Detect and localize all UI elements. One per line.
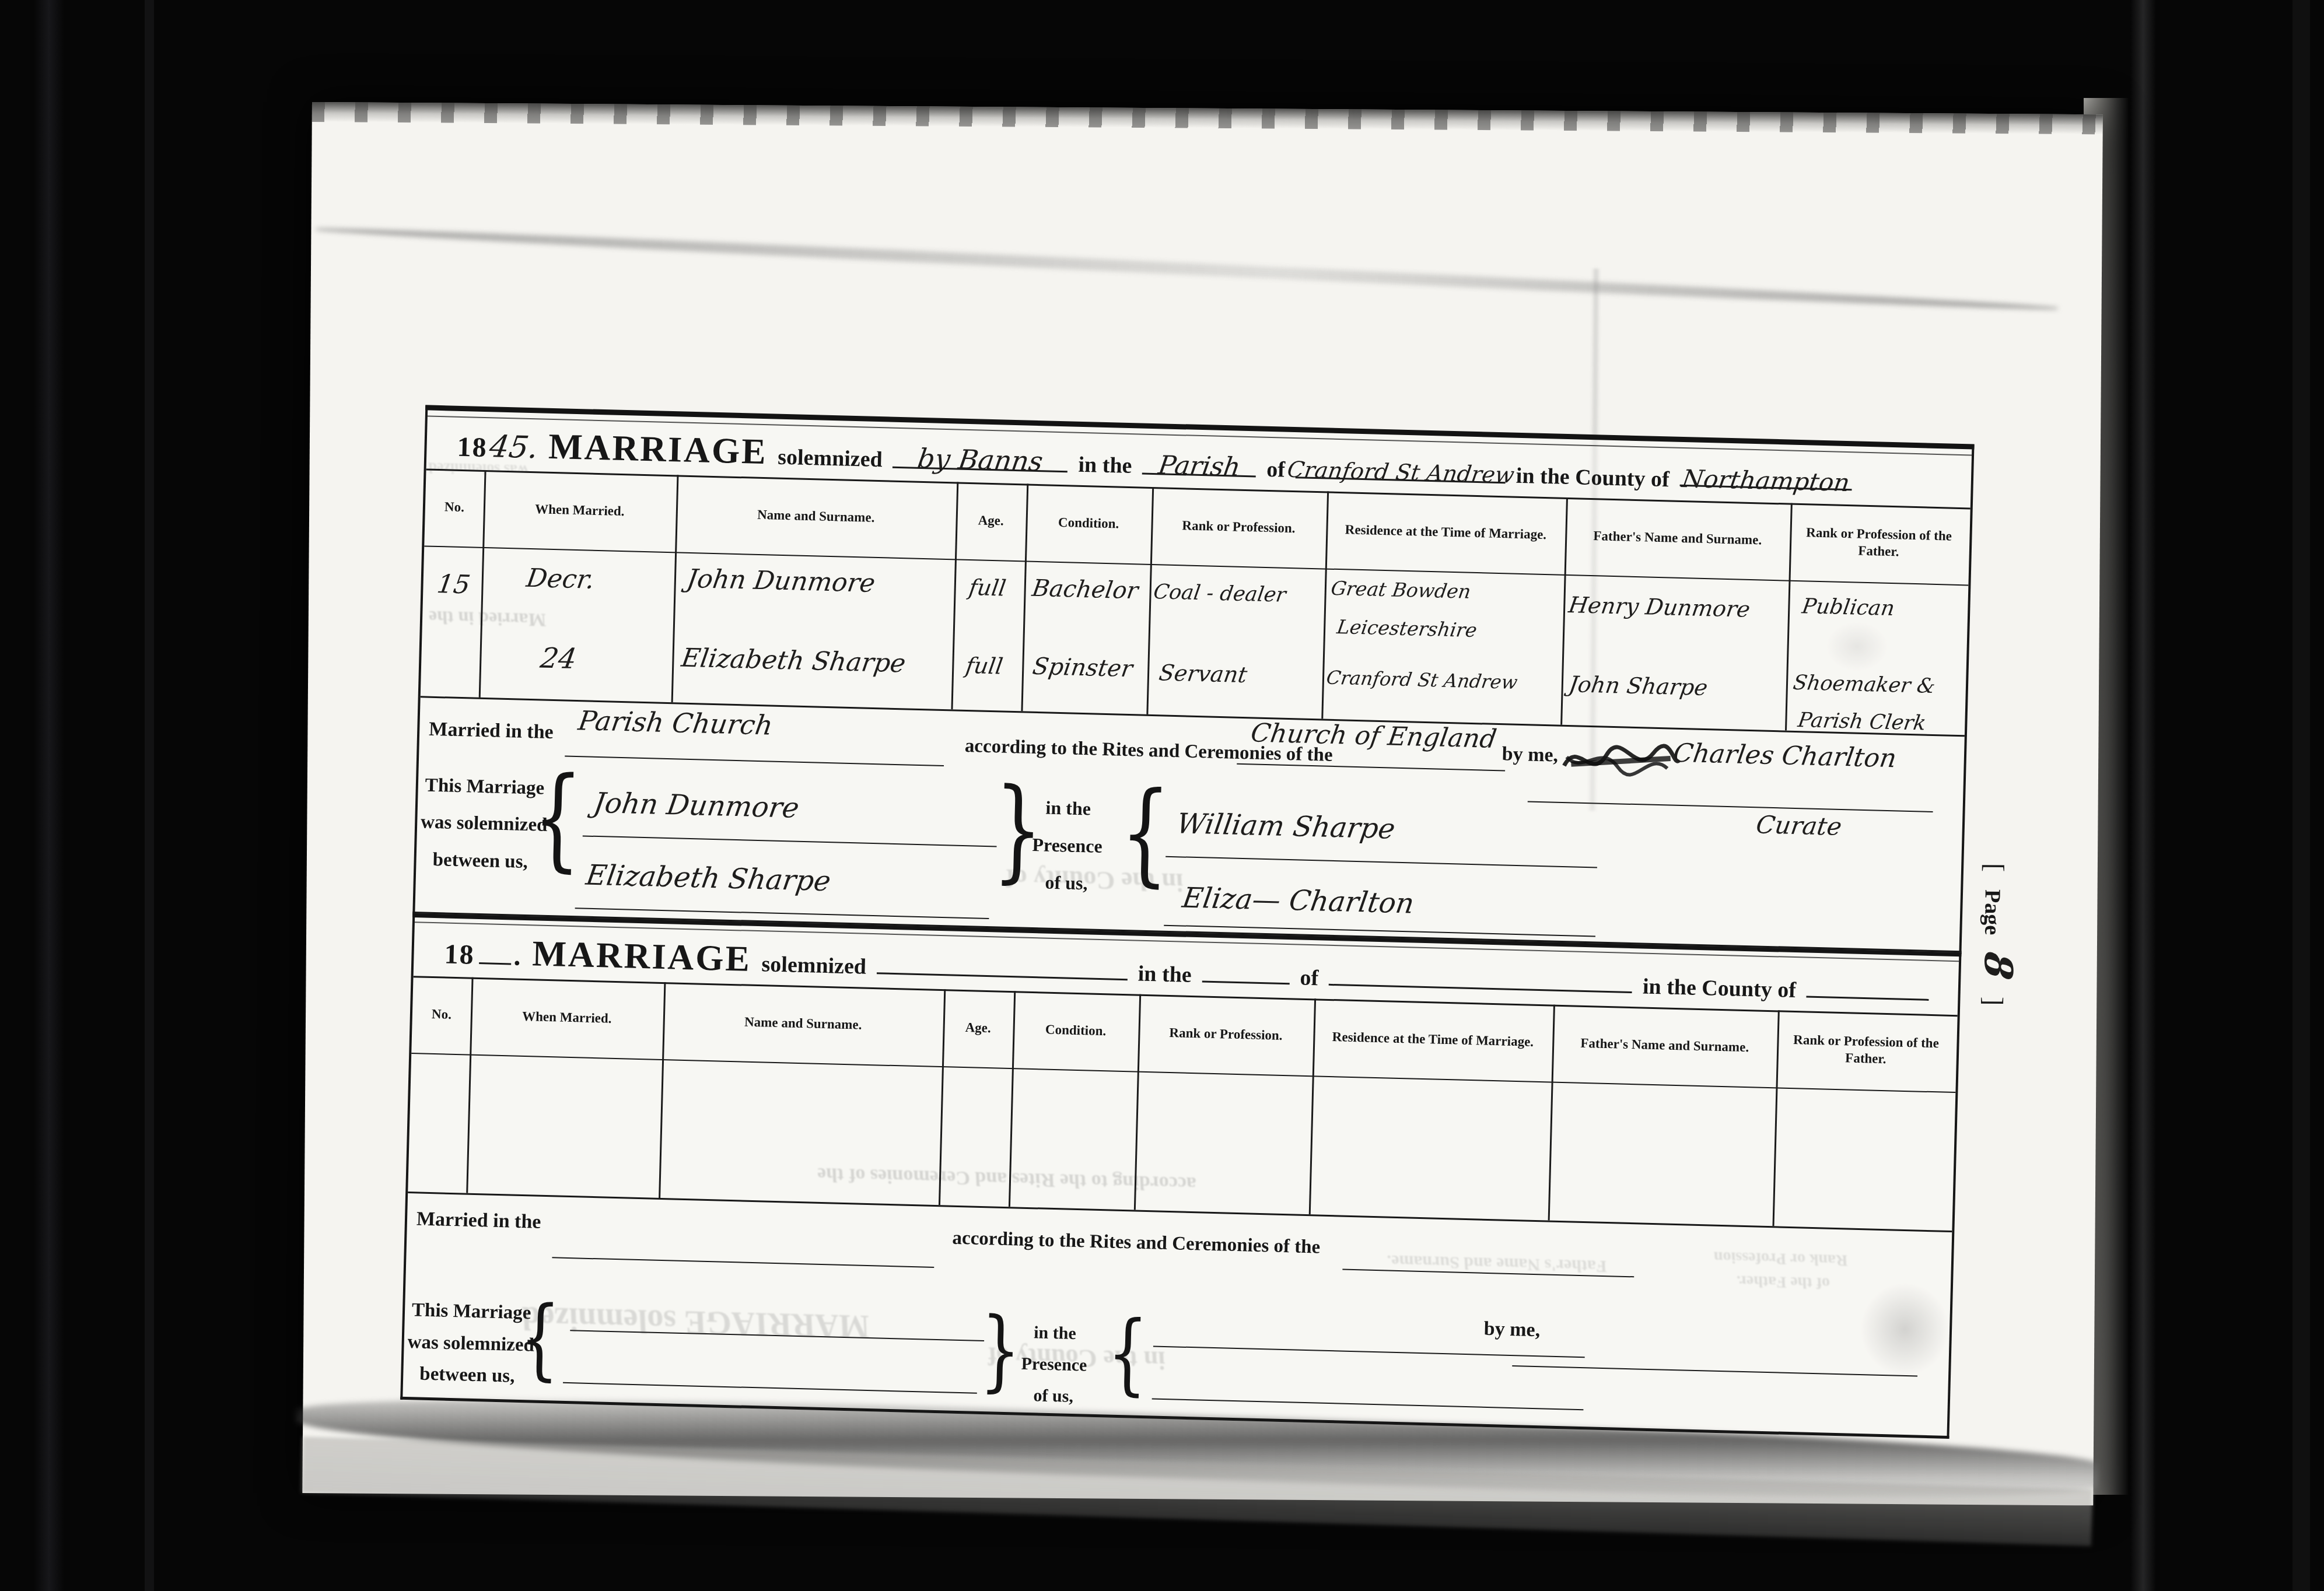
column-header-residence: Residence at the Time of Marriage. (1325, 492, 1566, 573)
column-header-father-profession: Rank or Profession of the Father. (1789, 503, 1969, 584)
parish-name-field (1329, 957, 1633, 993)
presence-line1: in the (1024, 797, 1112, 821)
ceremony-type-field (877, 945, 1128, 980)
brace-open: { (531, 762, 583, 874)
ruled-line (563, 1382, 977, 1394)
bride-condition: Spinster (1031, 653, 1135, 682)
bleedthrough-text: Rank or Profession (1713, 1247, 1848, 1270)
torn-paper-edge (312, 102, 2103, 134)
column-header-condition: Condition. (1025, 483, 1152, 562)
officiant-signature: Charles Charlton (1671, 738, 1898, 773)
parish-name-field: Cranford St Andrew (1296, 450, 1506, 483)
register-forms: 18 45. MARRIAGE solemnized by Banns in t… (400, 405, 1974, 1434)
by-me-label: by me, (1501, 743, 1558, 766)
scan-streak (145, 0, 154, 1591)
married-in-label: Married in the (416, 1208, 541, 1233)
ruled-line (1152, 1398, 1584, 1410)
bride-age: full (950, 652, 1018, 679)
ruled-line (552, 1257, 934, 1268)
by-me-label: by me, (1483, 1318, 1540, 1341)
bleedthrough-text: Married in the (428, 607, 546, 631)
column-header-condition: Condition. (1012, 991, 1139, 1070)
marriage-form-1845: 18 45. MARRIAGE solemnized by Banns in t… (412, 405, 1974, 954)
column-header-name: Name and Surname. (675, 475, 957, 558)
scan-streak (2292, 0, 2310, 1591)
ruled-line (583, 835, 997, 847)
bride-father-profession-line2: Parish Clerk (1796, 709, 1927, 735)
ceremony-type-value: by Banns (916, 443, 1045, 477)
column-header-residence: Residence at the Time of Marriage. (1312, 998, 1553, 1080)
ruled-line (1528, 801, 1933, 812)
column-header-name: Name and Surname. (662, 982, 944, 1065)
groom-name: John Dunmore (685, 564, 877, 598)
document-page: [ Page 8 ] 18 45. MARRIAGE solemnized by… (302, 102, 2103, 1505)
groom-father-name: Henry Dunmore (1567, 592, 1752, 622)
entry-month: Decr. (500, 563, 621, 595)
column-header-father-profession: Rank or Profession of the Father. (1776, 1010, 1956, 1091)
scan-streak (2130, 0, 2156, 1591)
page-label: Page (1979, 889, 2006, 935)
column-header-no: No. (411, 976, 471, 1053)
parish-name-value: Cranford St Andrew (1285, 457, 1515, 488)
entry-number: 15 (426, 569, 482, 600)
groom-signature: John Dunmore (591, 787, 801, 825)
county-field (1807, 969, 1930, 1001)
ruled-line (1153, 1345, 1585, 1358)
ruled-line (575, 907, 989, 919)
crossed-out-signature (1559, 734, 1682, 789)
period: . (513, 940, 522, 972)
place-kind-field: Parish (1142, 446, 1256, 478)
year-printed: 18 (444, 938, 475, 970)
title-in-the: in the (1078, 452, 1132, 479)
groom-residence-line1: Great Bowden (1329, 577, 1472, 603)
title-in-the: in the (1137, 961, 1192, 988)
rites-label: according to the Rites and Ceremonies of… (952, 1228, 1321, 1259)
bleedthrough-text: was solemnized (428, 459, 528, 479)
bracket-glyph: ] (1978, 997, 2009, 1006)
bleedthrough-text: in the County of (1005, 863, 1184, 898)
bracket-glyph: [ (1979, 863, 2010, 872)
county-field: Northampton (1679, 458, 1852, 490)
groom-father-profession: Publican (1800, 594, 1896, 621)
presence-line2: Presence (1023, 834, 1111, 858)
groom-age: full (954, 574, 1021, 602)
this-marriage-line1: This Marriage (425, 775, 544, 800)
title-marriage: MARRIAGE (548, 426, 768, 473)
title-county-of: in the County of (1643, 973, 1797, 1003)
ceremony-type-field: by Banns (892, 440, 1068, 473)
groom-condition: Bachelor (1030, 575, 1140, 604)
bride-father-name: John Sharpe (1567, 671, 1710, 700)
groom-profession: Coal - dealer (1152, 580, 1287, 607)
column-header-profession: Rank or Profession. (1150, 487, 1327, 567)
ruled-line (565, 756, 944, 766)
this-marriage-line3: between us, (432, 849, 528, 873)
title-solemnized: solemnized (778, 444, 883, 473)
entry-day: 24 (506, 641, 610, 676)
title-solemnized: solemnized (761, 951, 866, 980)
this-marriage-line2: was solemnized (407, 1331, 534, 1356)
scan-streak (34, 0, 64, 1591)
bride-signature: Elizabeth Sharpe (584, 859, 833, 898)
this-marriage-line3: between us, (419, 1364, 515, 1387)
title-of: of (1266, 457, 1286, 483)
married-in-label: Married in the (429, 719, 554, 744)
place-kind-value: Parish (1156, 450, 1242, 482)
ruled-line (1165, 856, 1597, 868)
column-header-when-married: When Married. (470, 977, 664, 1058)
title-county-of: in the County of (1515, 463, 1669, 493)
officiant-title: Curate (1754, 810, 1843, 841)
column-header-age: Age. (942, 989, 1014, 1067)
witness2-signature: Eliza— Charlton (1180, 882, 1416, 920)
page-number: 8 (1976, 949, 2021, 982)
column-header-father: Father's Name and Surname. (1564, 497, 1791, 579)
this-marriage-line1: This Marriage (412, 1299, 531, 1324)
ruled-line (1512, 1365, 1917, 1377)
ruled-line (1237, 763, 1505, 772)
column-header-age: Age. (955, 482, 1027, 559)
page-number-marker: [ Page 8 ] (1979, 771, 2022, 1098)
church-value: Church of England (1249, 718, 1499, 754)
title-of: of (1300, 965, 1319, 991)
bride-name: Elizabeth Sharpe (680, 643, 908, 679)
married-in-value: Parish Church (576, 705, 775, 741)
place-kind-field (1202, 954, 1290, 984)
bleedthrough-text: in the County of (987, 1341, 1166, 1375)
this-marriage-line2: was solemnized (421, 811, 548, 836)
year-printed: 18 (457, 431, 488, 464)
witness1-signature: William Sharpe (1174, 807, 1397, 845)
bleedthrough-text: of the Father. (1736, 1271, 1830, 1292)
bride-father-profession-line1: Shoemaker & (1791, 671, 1937, 698)
column-header-profession: Rank or Profession. (1137, 994, 1314, 1075)
year-blank-field (479, 935, 512, 965)
column-header-when-married: When Married. (482, 470, 677, 551)
county-value: Northampton (1680, 464, 1852, 497)
scanner-background: [ Page 8 ] 18 45. MARRIAGE solemnized by… (0, 0, 2324, 1591)
title-marriage: MARRIAGE (532, 933, 752, 980)
column-header-no: No. (424, 468, 484, 545)
bride-profession: Servant (1157, 660, 1249, 688)
presence-line3: of us, (1009, 1385, 1097, 1407)
paper-crease-top (316, 223, 2059, 314)
groom-residence-line2: Leicestershire (1335, 615, 1478, 642)
column-header-father: Father's Name and Surname. (1552, 1005, 1778, 1087)
presence-line1: in the (1011, 1322, 1099, 1344)
